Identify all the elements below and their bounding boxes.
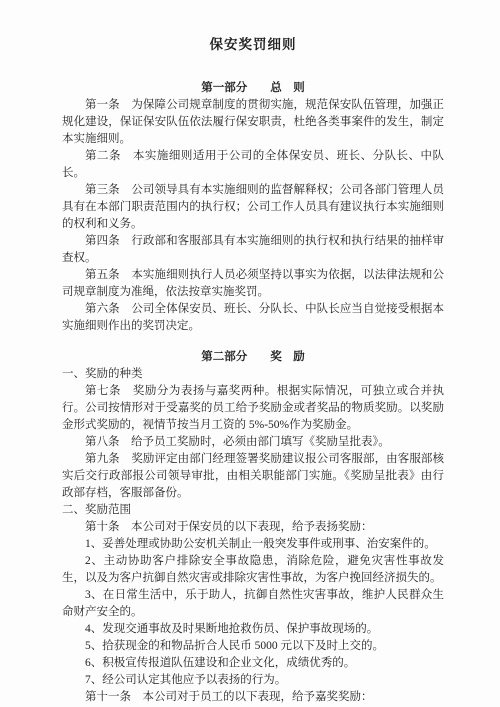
paragraph: 第八条 给予员工奖励时，必须由部门填写《奖励呈批表》。 (62, 434, 444, 451)
paragraph: 第三条 公司领导具有本实施细则的监督解释权；公司各部门管理人员具有在本部门职责范… (62, 182, 444, 233)
part-heading: 第一部分 总 则 (62, 80, 444, 97)
paragraph: 第九条 奖励评定由部门经理签署奖励建议报公司客服部，由客服部核实后交行政部报公司… (62, 451, 444, 502)
document-body: 第一部分 总 则第一条 为保障公司规章制度的贯彻实施，规范保安队伍管理，加强正规… (62, 80, 444, 706)
document-page: 保安奖罚细则 第一部分 总 则第一条 为保障公司规章制度的贯彻实施，规范保安队伍… (0, 0, 500, 707)
list-item: 7、经公司认定其他应予以表扬的行为。 (62, 672, 444, 689)
paragraph: 第五条 本实施细则执行人员必须坚持以事实为依据，以法律法规和公司规章制度为准绳，… (62, 267, 444, 301)
paragraph: 第四条 行政部和客服部具有本实施细则的执行权和执行结果的抽样审查权。 (62, 233, 444, 267)
list-item: 5、拾获现金的和物品折合人民币 5000 元以下及时上交的。 (62, 638, 444, 655)
list-item: 1、妥善处理或协助公安机关制止一般突发事件或刑事、治安案件的。 (62, 536, 444, 553)
list-item: 6、积极宣传报道队伍建设和企业文化，成绩优秀的。 (62, 655, 444, 672)
section-subheading: 一、奖励的种类 (62, 366, 444, 383)
part-heading: 第二部分 奖 励 (62, 349, 444, 366)
paragraph: 第二条 本实施细则适用于公司的全体保安员、班长、分队长、中队长。 (62, 148, 444, 182)
paragraph: 第七条 奖励分为表扬与嘉奖两种。根据实际情况，可独立或合并执行。公司按情形对于受… (62, 383, 444, 434)
paragraph: 第六条 公司全体保安员、班长、分队长、中队长应当自觉接受根据本实施细则作出的奖罚… (62, 301, 444, 335)
list-item: 4、发现交通事故及时果断地抢救伤员、保护事故现场的。 (62, 621, 444, 638)
list-item: 3、在日常生活中，乐于助人，抗御自然性灾害事故，维护人民群众生命财产安全的。 (62, 587, 444, 621)
paragraph: 第一条 为保障公司规章制度的贯彻实施，规范保安队伍管理，加强正规化建设，保证保安… (62, 97, 444, 148)
paragraph: 第十条 本公司对于保安员的以下表现，给予表扬奖励： (62, 519, 444, 536)
paragraph: 第十一条 本公司对于员工的以下表现，给予嘉奖奖励： (62, 689, 444, 706)
list-item: 2、主动协助客户排除安全事故隐患，消除危险，避免灾害性事故发生，以及为客户抗御自… (62, 553, 444, 587)
section-subheading: 二、奖励范围 (62, 502, 444, 519)
document-title: 保安奖罚细则 (62, 36, 444, 54)
